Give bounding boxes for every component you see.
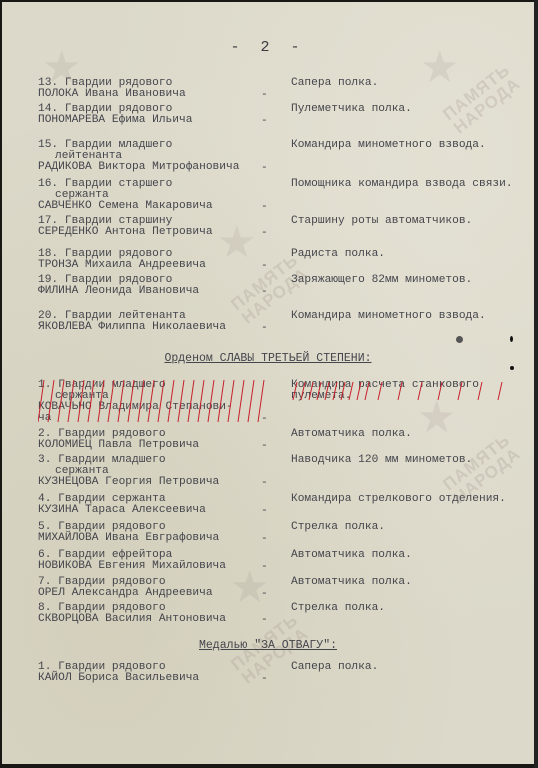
entry-dash: - — [261, 674, 268, 685]
entry-dash: - — [261, 615, 268, 626]
entry-position: Наводчика 120 мм минометов. — [291, 455, 531, 466]
page-number: - 2 - — [2, 39, 534, 56]
entry-name: КОЛОМИЕЦ Павла Петровича — [38, 440, 268, 451]
ink-mark — [510, 336, 513, 342]
entry-position: Командира минометного взвода. — [291, 311, 531, 322]
entry-dash: - — [261, 478, 268, 489]
entry-position: Автоматчика полка. — [291, 550, 531, 561]
entry-position: Пулеметчика полка. — [291, 104, 531, 115]
entry-dash: - — [261, 414, 268, 425]
scan-edge — [534, 0, 538, 768]
entry-dash: - — [261, 163, 268, 174]
entry-position-cont: пулемета. — [291, 391, 531, 402]
ink-mark — [510, 366, 514, 370]
entry-name: ПОЛОКА Ивана Ивановича — [38, 89, 268, 100]
entry-position: Автоматчика полка. — [291, 429, 531, 440]
entry-name: ТРОНЗА Михаила Андреевича — [38, 260, 268, 271]
entry-position: Помощника командира взвода связи. — [291, 179, 531, 190]
entry-dash: - — [261, 562, 268, 573]
section-heading-medal-for-courage: Медалью "ЗА ОТВАГУ": — [2, 639, 534, 652]
entry-position: Командира минометного взвода. — [291, 140, 531, 151]
entry-name: КАЙОЛ Бориса Васильевича — [38, 673, 268, 684]
entry-position: Автоматчика полка. — [291, 577, 531, 588]
entry-name-cont: ча — [38, 413, 268, 424]
ink-mark — [456, 336, 463, 343]
entry-dash: - — [261, 441, 268, 452]
entry-dash: - — [261, 90, 268, 101]
entry-dash: - — [261, 589, 268, 600]
entry-name: КУЗНЕЦОВА Георгия Петровича — [38, 477, 268, 488]
entry-name: САВЧЕНКО Семена Макаровича — [38, 201, 268, 212]
entry-dash: - — [261, 116, 268, 127]
entry-dash: - — [261, 287, 268, 298]
entry-name: ОРЕЛ Александра Андреевича — [38, 588, 268, 599]
watermark: ПАМЯТЬНАРОДА — [440, 61, 524, 137]
entry-position: Радиста полка. — [291, 249, 531, 260]
entry-position: Сапера полка. — [291, 78, 531, 89]
entry-name: ФИЛИНА Леонида Ивановича — [38, 286, 268, 297]
entry-name: СКВОРЦОВА Василия Антоновича — [38, 614, 268, 625]
entry-name: СЕРЕДЕНКО Антона Петровича — [38, 227, 268, 238]
entry-position: Старшину роты автоматчиков. — [291, 216, 531, 227]
entry-position: Командира стрелкового отделения. — [291, 494, 531, 505]
entry-dash: - — [261, 261, 268, 272]
entry-dash: - — [261, 534, 268, 545]
entry-name: РАДИКОВА Виктора Митрофановича — [38, 162, 268, 173]
entry-position: Стрелка полка. — [291, 603, 531, 614]
entry-position: Заряжающего 82мм минометов. — [291, 275, 531, 286]
entry-dash: - — [261, 202, 268, 213]
entry-name: НОВИКОВА Евгения Михайловича — [38, 561, 268, 572]
document-page: ★ ПАМЯТЬНАРОДА ★ ★ ПАМЯТЬНАРОДА ★ ПАМЯТЬ… — [2, 2, 534, 764]
entry-name: ПОНОМАРЕВА Ефима Ильича — [38, 115, 268, 126]
section-heading-order-of-glory: Орденом СЛАВЫ ТРЕТЬЕЙ СТЕПЕНИ: — [2, 352, 534, 365]
entry-name: КОВАЧЬНО Владимира Степанови- — [38, 402, 268, 413]
entry-name: МИХАЙЛОВА Ивана Евграфовича — [38, 533, 268, 544]
entry-name: ЯКОВЛЕВА Филиппа Николаевича — [38, 322, 268, 333]
entry-dash: - — [261, 228, 268, 239]
entry-position: Стрелка полка. — [291, 522, 531, 533]
entry-dash: - — [261, 506, 268, 517]
entry-name: КУЗИНА Тараса Алексеевича — [38, 505, 268, 516]
entry-position: Сапера полка. — [291, 662, 531, 673]
entry-dash: - — [261, 323, 268, 334]
